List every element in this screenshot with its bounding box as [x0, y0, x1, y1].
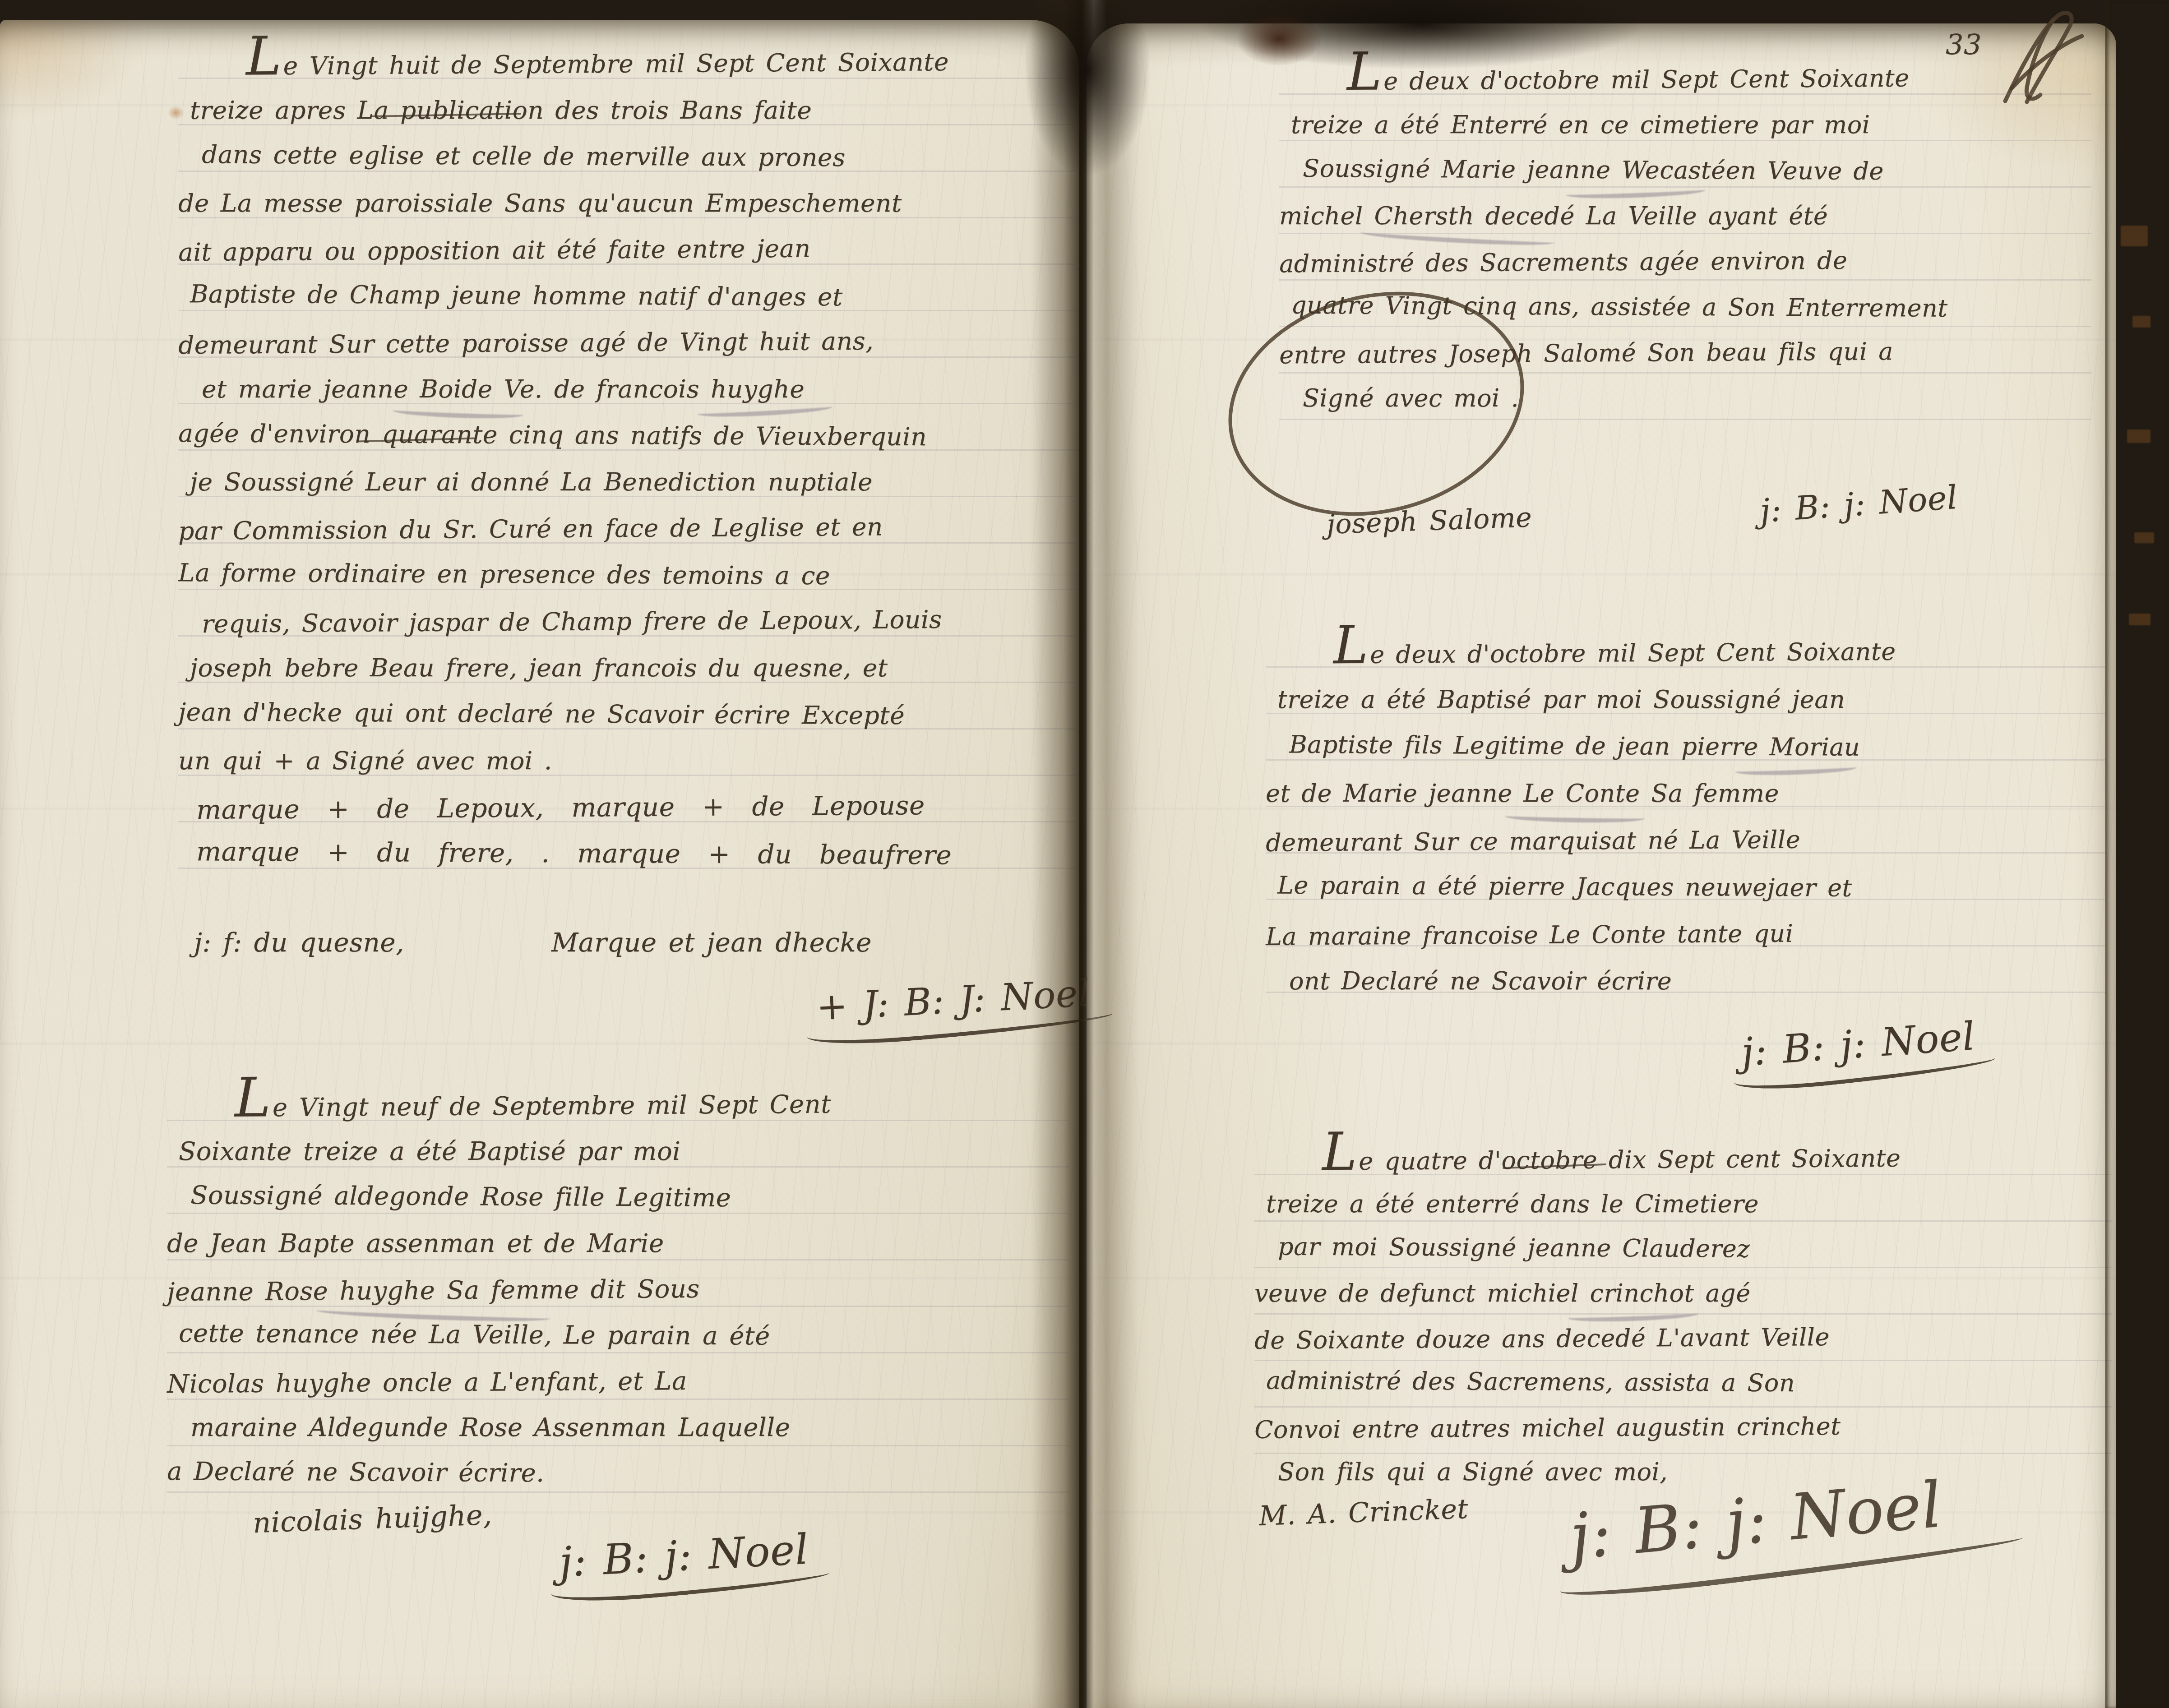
- register-line: de Soixante douze ans decedé L'avant Vei…: [1254, 1313, 2112, 1363]
- register-line: Le quatre d'octobre dix Sept cent Soixan…: [1322, 1135, 2112, 1184]
- page-edges: [2105, 0, 2169, 1708]
- entry-burial-record: Le deux d'octobre mil Sept Cent Soixante…: [1279, 56, 2091, 421]
- register-line: Soussigné Marie jeanne Wecastéen Veuve d…: [1303, 146, 2091, 195]
- register-line: Nicolas huyghe oncle a L'enfant, et La: [167, 1356, 1070, 1408]
- register-line: dans cette eglise et celle de merville a…: [202, 131, 1076, 182]
- register-line: Signé avec moi .: [1303, 375, 2091, 421]
- fore-edge-ink-mark: [2129, 614, 2151, 625]
- register-line: veuve de defunct michiel crinchot agé: [1254, 1271, 2112, 1316]
- register-line: demeurant Sur ce marquisat né La Veille: [1266, 814, 2105, 866]
- register-line: de La messe paroissiale Sans qu'aucun Em…: [178, 180, 1076, 226]
- register-line: jeanne Rose huyghe Sa femme dit Sous: [167, 1264, 1070, 1316]
- register-line: administré des Sacrements agée environ d…: [1279, 236, 2092, 287]
- register-line: agée d'environ quarante cinq ans natifs …: [178, 410, 1076, 461]
- register-line: administré des Sacremens, assista a Son: [1266, 1358, 2112, 1407]
- register-line: ait apparu ou opposition ait été faite e…: [178, 224, 1077, 276]
- register-line: et marie jeanne Boide Ve. de francois hu…: [202, 366, 1076, 412]
- register-line: par moi Soussigné jeanne Clauderez: [1278, 1224, 2112, 1273]
- witness-signature: j: f: du quesne,: [194, 927, 404, 958]
- register-line: maraine Aldegunde Rose Assenman Laquelle: [190, 1405, 1069, 1451]
- fore-edge-ink-mark: [2134, 532, 2154, 543]
- register-line: treize a été Enterré en ce cimetiere par…: [1291, 102, 2091, 148]
- register-line: quatre Vingt cinq ans, assistée a Son En…: [1291, 282, 2091, 332]
- register-line: Le Vingt huit de Septembre mil Sept Cent…: [246, 38, 1077, 89]
- register-line: treize a été Baptisé par moi Soussigné j…: [1277, 676, 2105, 723]
- register-line: je Soussigné Leur ai donné La Benedictio…: [190, 459, 1076, 505]
- register-line: Soixante treize a été Baptisé par moi: [179, 1129, 1069, 1175]
- fore-edge-ink-mark: [2132, 316, 2151, 328]
- register-line: joseph bebre Beau frere, jean francois d…: [190, 645, 1076, 691]
- register-line: a Declaré ne Scavoir écrire.: [167, 1449, 1069, 1499]
- register-line: par Commission du Sr. Curé en face de Le…: [178, 503, 1077, 554]
- register-line: marque + de Lepoux, marque + de Lepouse: [196, 781, 1077, 833]
- register-line: de Jean Bapte assenman et de Marie: [167, 1221, 1069, 1267]
- register-line: Baptiste fils Legitime de jean pierre Mo…: [1289, 721, 2105, 772]
- witness-signature-row: j: f: du quesne, Marque et jean dhecke: [194, 927, 872, 958]
- priest-signature: j: B: j: Noel: [558, 1525, 810, 1602]
- register-line: Le Vingt neuf de Septembre mil Sept Cent: [235, 1080, 1070, 1131]
- fore-edge-ink-mark: [2121, 226, 2148, 246]
- fore-edge-ink-mark: [2127, 429, 2151, 443]
- register-line: Soussigné aldegonde Rose fille Legitime: [190, 1173, 1069, 1223]
- register-line: requis, Scavoir jaspar de Champ frere de…: [202, 595, 1077, 647]
- register-line: jean d'hecke qui ont declaré ne Scavoir …: [178, 689, 1076, 740]
- register-line: treize apres La publication des trois Ba…: [190, 87, 1076, 134]
- register-line: La maraine francoise Le Conte tante qui: [1266, 908, 2105, 960]
- parish-register-spread: Le Vingt huit de Septembre mil Sept Cent…: [0, 0, 2169, 1708]
- witness-mark-note: Marque et jean dhecke: [551, 927, 872, 958]
- entry-burial-record: Le quatre d'octobre dix Sept cent Soixan…: [1254, 1137, 2112, 1494]
- register-line: La forme ordinaire en presence des temoi…: [178, 549, 1076, 600]
- register-line: marque + du frere, . marque + du beaufre…: [196, 828, 1076, 879]
- register-line: Le deux d'octobre mil Sept Cent Soixante: [1347, 54, 2092, 104]
- register-line: un qui + a Signé avec moi .: [178, 738, 1076, 784]
- entry-baptism-record: Le Vingt neuf de Septembre mil Sept Cent…: [167, 1083, 1069, 1497]
- register-line: Le parain a été pierre Jacques neuwejaer…: [1277, 862, 2105, 913]
- register-line: treize a été enterré dans le Cimetiere: [1266, 1182, 2112, 1226]
- register-line: Convoi entre autres michel augustin crin…: [1254, 1402, 2112, 1452]
- register-line: Son fils qui a Signé avec moi,: [1278, 1449, 2112, 1494]
- register-line: et de Marie jeanne Le Conte Sa femme: [1266, 770, 2105, 817]
- register-line: Le deux d'octobre mil Sept Cent Soixante: [1333, 627, 2105, 679]
- register-line: cette tenance née La Veille, Le parain a…: [179, 1311, 1069, 1361]
- entry-marriage-record: Le Vingt huit de Septembre mil Sept Cent…: [178, 41, 1076, 877]
- register-line: ont Declaré ne Scavoir écrire: [1289, 958, 2105, 1005]
- register-line: michel Chersth decedé La Veille ayant ét…: [1279, 193, 2091, 239]
- register-line: demeurant Sur cette paroisse agé de Ving…: [178, 317, 1077, 369]
- entry-baptism-record: Le deux d'octobre mil Sept Cent Soixante…: [1266, 629, 2105, 1005]
- register-line: entre autres Joseph Salomé Son beau fils…: [1279, 328, 2092, 378]
- register-line: Baptiste de Champ jeune homme natif d'an…: [190, 271, 1076, 322]
